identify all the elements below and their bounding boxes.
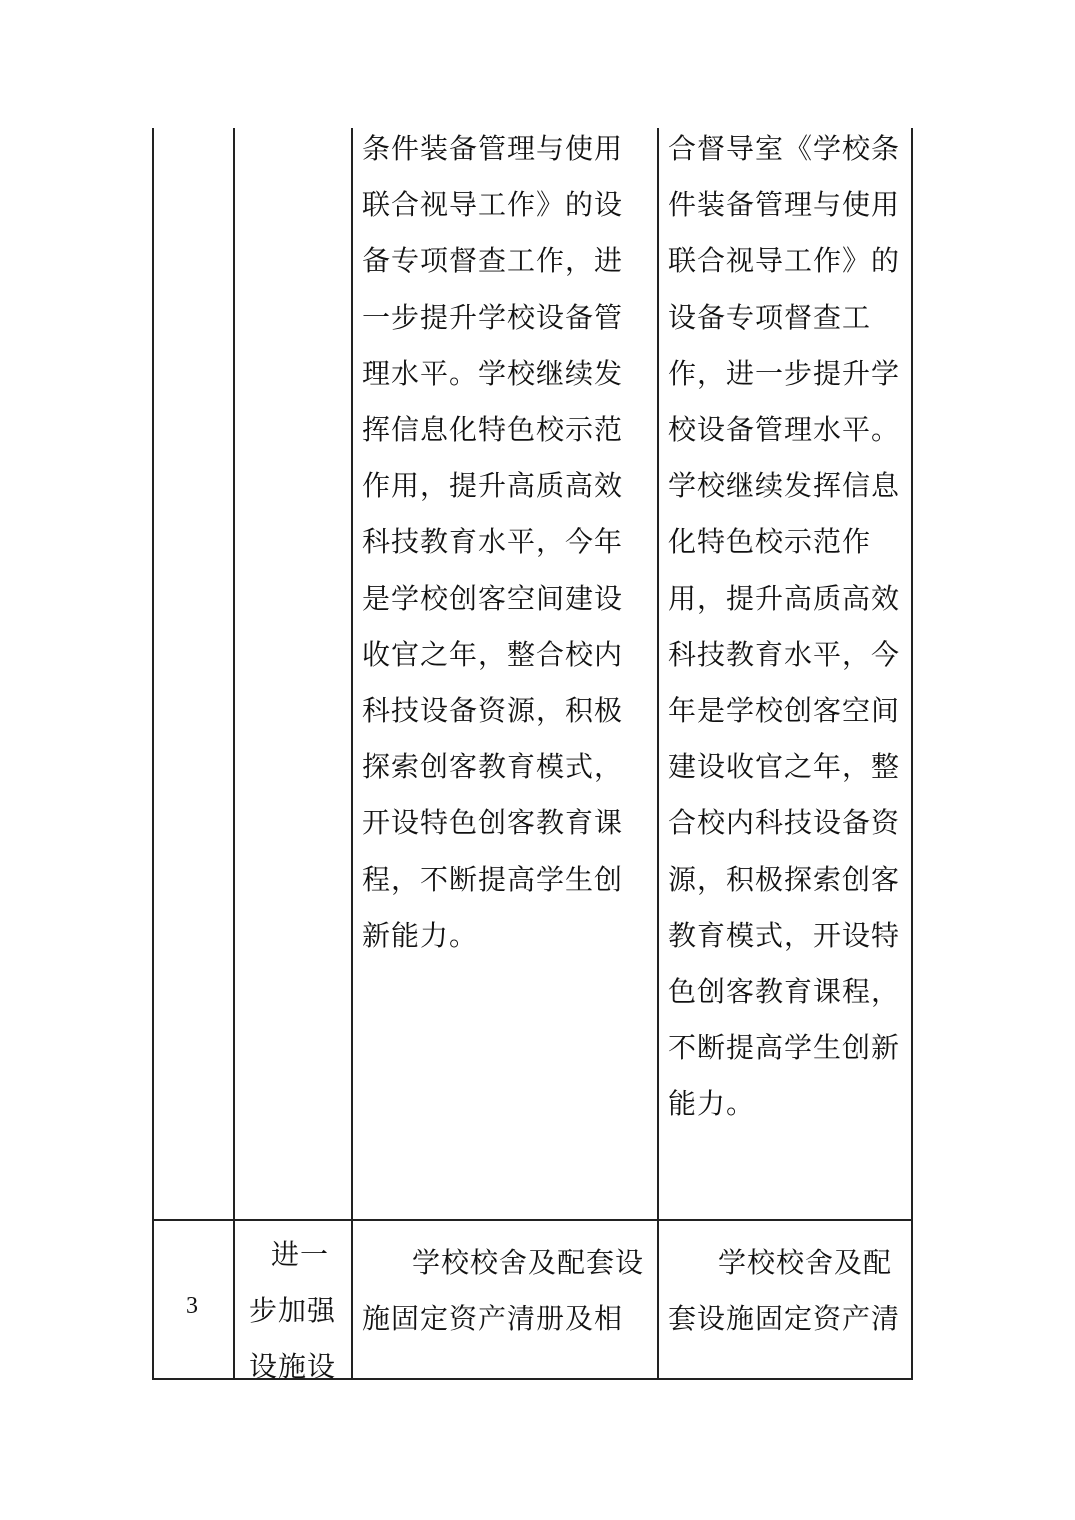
text-line: 新能力。 [362, 908, 623, 964]
text-line: 合校内科技设备资 [668, 795, 900, 851]
row-number: 3 [186, 1293, 198, 1320]
text-line: 一步提升学校设备管 [362, 290, 623, 346]
text-line: 是学校创客空间建设 [362, 571, 623, 627]
text-line: 条件装备管理与使用 [362, 121, 623, 177]
text-line: 挥信息化特色校示范 [362, 402, 623, 458]
text-line: 年是学校创客空间 [668, 683, 900, 739]
text-line: 收官之年，整合校内 [362, 627, 623, 683]
cell-row3-col4: 学校校舍及配 套设施固定资产清 [668, 1235, 900, 1347]
text-line: 建设收官之年，整 [668, 739, 900, 795]
text-line: 色创客教育课程， [668, 964, 900, 1020]
row-divider [152, 1219, 913, 1221]
text-line: 作，进一步提升学 [668, 346, 900, 402]
text-line: 联合视导工作》的 [668, 233, 900, 289]
text-line: 科技教育水平，今 [668, 627, 900, 683]
text-line: 学校校舍及配 [668, 1235, 900, 1291]
text-line: 学校继续发挥信息 [668, 458, 900, 514]
table-border-left [152, 128, 154, 1380]
text-line: 化特色校示范作 [668, 514, 900, 570]
text-line: 探索创客教育模式， [362, 739, 623, 795]
text-line: 科技设备资源，积极 [362, 683, 623, 739]
table-divider-col1 [233, 128, 235, 1380]
text-line: 校设备管理水平。 [668, 402, 900, 458]
text-line: 设施设 [249, 1339, 336, 1395]
text-line: 能力。 [668, 1076, 900, 1132]
text-line: 合督导室《学校条 [668, 121, 900, 177]
text-line: 用，提升高质高效 [668, 571, 900, 627]
text-line: 设备专项督查工 [668, 290, 900, 346]
text-line: 步加强 [249, 1283, 336, 1339]
text-line: 开设特色创客教育课 [362, 795, 623, 851]
table-divider-col2 [351, 128, 353, 1380]
cell-continued-col4: 合督导室《学校条 件装备管理与使用 联合视导工作》的 设备专项督查工 作，进一步… [668, 121, 900, 1133]
text-line: 程，不断提高学生创 [362, 852, 623, 908]
text-line: 联合视导工作》的设 [362, 177, 623, 233]
text-line: 套设施固定资产清 [668, 1291, 900, 1347]
text-line: 理水平。学校继续发 [362, 346, 623, 402]
cell-row3-col3: 学校校舍及配套设 施固定资产清册及相 [362, 1235, 644, 1347]
text-line: 源，积极探索创客 [668, 852, 900, 908]
text-line: 备专项督查工作，进 [362, 233, 623, 289]
text-line: 施固定资产清册及相 [362, 1291, 644, 1347]
cell-row3-col2: 进一 步加强 设施设 [249, 1227, 336, 1396]
text-line: 进一 [249, 1227, 336, 1283]
text-line: 件装备管理与使用 [668, 177, 900, 233]
text-line: 教育模式，开设特 [668, 908, 900, 964]
text-line: 学校校舍及配套设 [362, 1235, 644, 1291]
table-divider-col3 [657, 128, 659, 1380]
table-border-right [911, 128, 913, 1380]
text-line: 作用，提升高质高效 [362, 458, 623, 514]
text-line: 科技教育水平，今年 [362, 514, 623, 570]
cell-continued-col3: 条件装备管理与使用 联合视导工作》的设 备专项督查工作，进 一步提升学校设备管 … [362, 121, 623, 964]
text-line: 不断提高学生创新 [668, 1020, 900, 1076]
